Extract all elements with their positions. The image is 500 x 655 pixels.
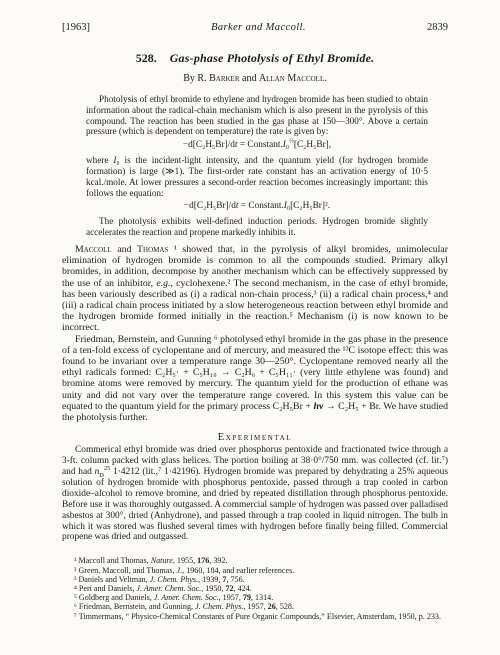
article-number: 528.	[136, 51, 157, 65]
footnotes: ¹ Maccoll and Thomas, Nature, 1955, 176,…	[62, 556, 448, 620]
footnote-4: ⁴ Peri and Daniels, J. Amer. Chem. Soc.,…	[62, 584, 448, 593]
footnote-3: ³ Daniels and Veltman, J. Chem. Phys., 1…	[62, 575, 448, 584]
page-number: 2839	[427, 22, 448, 33]
experimental-paragraph: Commerical ethyl bromide was dried over …	[62, 445, 448, 543]
footnote-6: ⁶ Friedman, Bernstein, and Gunning, J. C…	[62, 602, 448, 611]
footnote-1: ¹ Maccoll and Thomas, Nature, 1955, 176,…	[62, 556, 448, 565]
abstract: Photolysis of ethyl bromide to ethylene …	[86, 94, 428, 238]
footnote-2: ² Green, Maccoll, and Thomas, J., 1960, …	[62, 566, 448, 575]
page-header: [1963] Barker and Maccoll. 2839	[62, 22, 448, 33]
rate-equation-2: −d[C₂H₅Br]/dt = Constant.I₀[C₂H₅Br]².	[86, 201, 428, 212]
abstract-paragraph-2: where I₀ is the incident-light intensity…	[86, 155, 428, 198]
running-title: Barker and Maccoll.	[211, 22, 306, 33]
abstract-paragraph-1: Photolysis of ethyl bromide to ethylene …	[86, 94, 428, 137]
experimental-heading: Experimental	[62, 432, 448, 443]
article-title: Gas-phase Photolysis of Ethyl Bromide.	[170, 51, 375, 65]
body-paragraph-1: Maccoll and Thomas ¹ showed that, in the…	[62, 244, 448, 334]
footnote-7: ⁷ Timmermans, “ Physico-Chemical Constan…	[62, 612, 448, 621]
body-paragraph-2: Friedman, Bernstein, and Gunning ⁶ photo…	[62, 334, 448, 424]
rate-equation-1: −d[C₂H₅Br]/dt = Constant.I₀½[C₂H₅Br],	[86, 140, 428, 151]
year-tag: [1963]	[62, 22, 90, 33]
article-body: Maccoll and Thomas ¹ showed that, in the…	[62, 244, 448, 423]
abstract-paragraph-3: The photolysis exhibits well-defined ind…	[86, 216, 428, 238]
byline: By R. Barker and Allan Maccoll.	[62, 73, 448, 84]
journal-page: [1963] Barker and Maccoll. 2839 528.Gas-…	[0, 0, 500, 655]
footnote-5: ⁵ Goldberg and Daniels, J. Amer. Chem. S…	[62, 593, 448, 602]
article-title-row: 528.Gas-phase Photolysis of Ethyl Bromid…	[62, 51, 448, 66]
